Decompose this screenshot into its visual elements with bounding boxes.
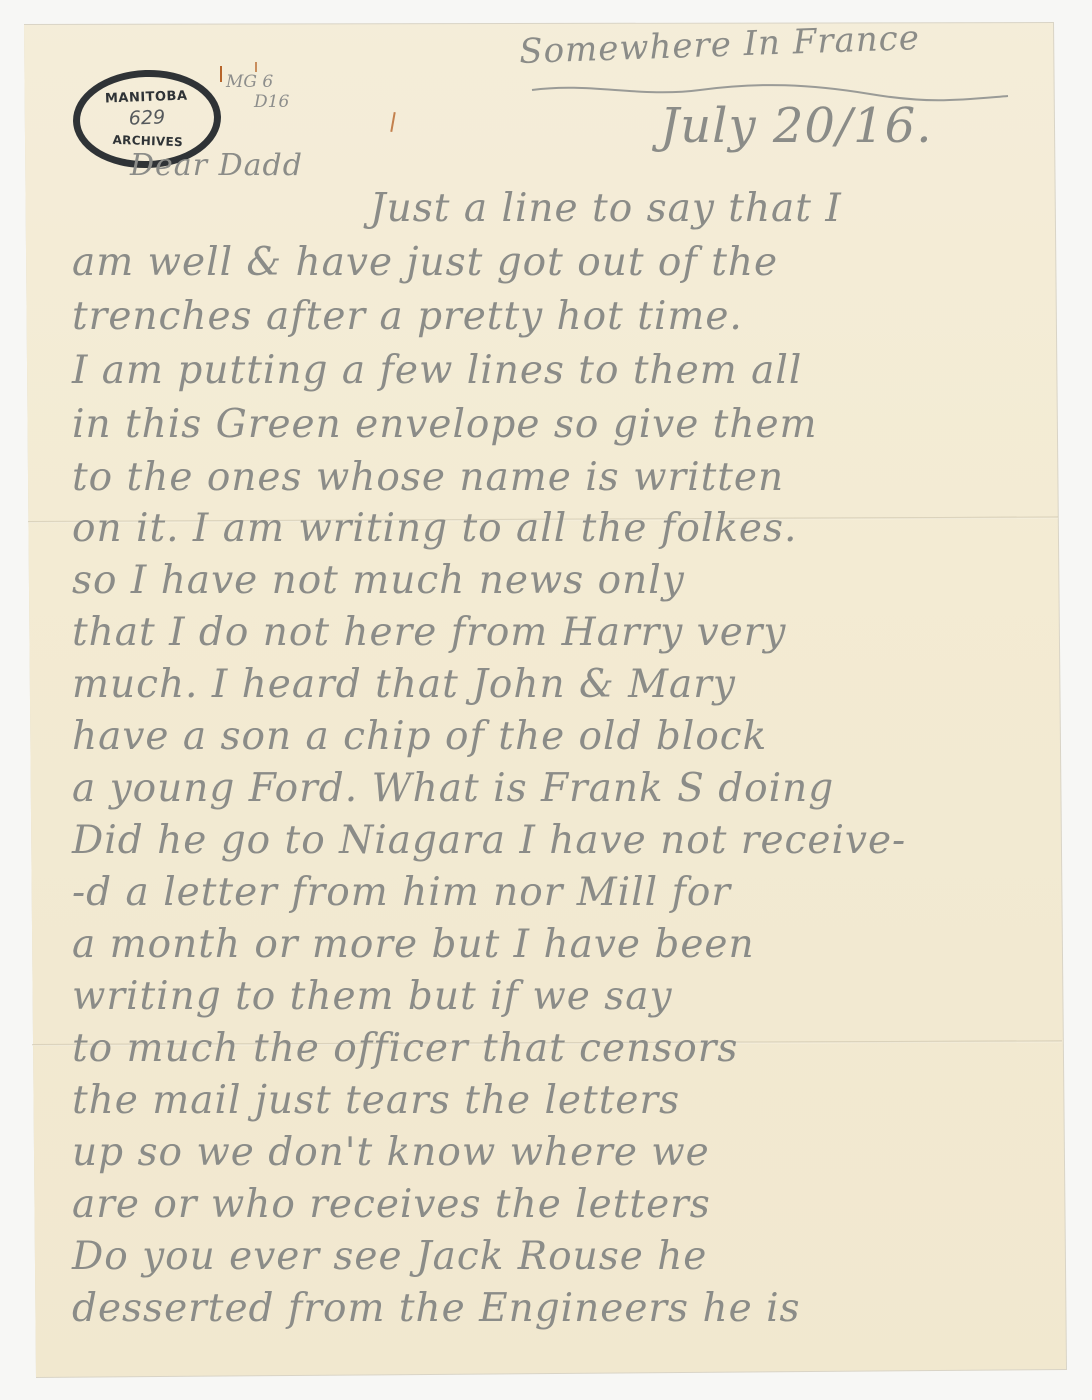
call-number: MG 6 D16 — [226, 72, 289, 112]
letter-line: Do you ever see Jack Rouse he — [72, 1234, 707, 1279]
salutation: Dear Dadd — [130, 148, 303, 183]
call-number-line-1: MG 6 — [226, 72, 289, 92]
letter-line: are or who receives the letters — [72, 1182, 711, 1227]
letter-line: -d a letter from him nor Mill for — [72, 870, 731, 915]
letter-line: I am putting a few lines to them all — [72, 348, 802, 393]
letter-line: that I do not here from Harry very — [72, 610, 786, 655]
letter-line: the mail just tears the letters — [72, 1078, 680, 1123]
letter-line: up so we don't know where we — [72, 1130, 710, 1175]
red-pencil-mark — [255, 62, 257, 72]
letter-line: much. I heard that John & Mary — [72, 662, 736, 707]
letter-line: a young Ford. What is Frank S doing — [72, 766, 834, 811]
letter-line: to the ones whose name is written — [72, 455, 784, 500]
letter-line: to much the officer that censors — [72, 1026, 738, 1071]
letter-line: have a son a chip of the old block — [72, 714, 767, 759]
letter-line: a month or more but I have been — [72, 922, 755, 967]
letter-line: Did he go to Niagara I have not receive- — [72, 818, 906, 863]
letter-date: July 20/16. — [660, 98, 932, 154]
letter-line: so I have not much news only — [72, 558, 685, 603]
stamp-number: 629 — [80, 105, 215, 132]
letter-line: writing to them but if we say — [72, 974, 673, 1019]
letter-line: desserted from the Engineers he is — [72, 1286, 801, 1331]
letter-line: on it. I am writing to all the folkes. — [72, 506, 797, 551]
red-pencil-mark — [220, 66, 222, 82]
letter-line: trenches after a pretty hot time. — [72, 294, 743, 339]
letter-line: in this Green envelope so give them — [72, 402, 818, 447]
letter-line: am well & have just got out of the — [72, 240, 778, 285]
letter-line: Just a line to say that I — [370, 186, 842, 231]
call-number-line-2: D16 — [226, 92, 289, 112]
